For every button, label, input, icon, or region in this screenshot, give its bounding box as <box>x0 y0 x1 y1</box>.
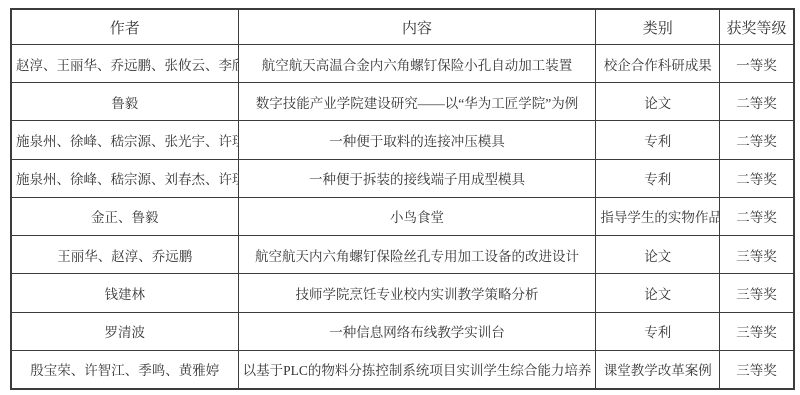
awards-table: 作者 内容 类别 获奖等级 赵淳、王丽华、乔远鹏、张攸云、李欣 航空航天高温合金… <box>10 8 795 390</box>
table-row: 钱建林 技师学院烹饪专业校内实训教学策略分析 论文 三等奖 <box>11 274 794 312</box>
cell-category: 校企合作科研成果 <box>596 45 720 83</box>
table-row: 赵淳、王丽华、乔远鹏、张攸云、李欣 航空航天高温合金内六角螺钉保险小孔自动加工装… <box>11 45 794 83</box>
cell-content: 以基于PLC的物料分拣控制系统项目实训学生综合能力培养 <box>238 350 596 389</box>
cell-award: 一等奖 <box>720 45 794 83</box>
cell-content: 航空航天内六角螺钉保险丝孔专用加工设备的改进设计 <box>238 236 596 274</box>
cell-award: 二等奖 <box>720 159 794 197</box>
table-header-row: 作者 内容 类别 获奖等级 <box>11 9 794 45</box>
cell-category: 论文 <box>596 83 720 121</box>
cell-award: 二等奖 <box>720 83 794 121</box>
cell-content: 数字技能产业学院建设研究——以“华为工匠学院”为例 <box>238 83 596 121</box>
cell-author: 施泉州、徐峰、嵇宗源、刘春杰、许琪 <box>11 159 238 197</box>
cell-author: 施泉州、徐峰、嵇宗源、张光宇、许琪 <box>11 121 238 159</box>
cell-content: 一种便于取料的连接冲压模具 <box>238 121 596 159</box>
cell-category: 论文 <box>596 236 720 274</box>
cell-award: 三等奖 <box>720 236 794 274</box>
document-page: 作者 内容 类别 获奖等级 赵淳、王丽华、乔远鹏、张攸云、李欣 航空航天高温合金… <box>0 0 800 395</box>
table-row: 施泉州、徐峰、嵇宗源、张光宇、许琪 一种便于取料的连接冲压模具 专利 二等奖 <box>11 121 794 159</box>
cell-content: 小鸟食堂 <box>238 197 596 235</box>
cell-category: 论文 <box>596 274 720 312</box>
cell-content: 航空航天高温合金内六角螺钉保险小孔自动加工装置 <box>238 45 596 83</box>
header-content: 内容 <box>238 9 596 45</box>
cell-author: 金正、鲁毅 <box>11 197 238 235</box>
cell-category: 专利 <box>596 159 720 197</box>
cell-author: 钱建林 <box>11 274 238 312</box>
table-row: 金正、鲁毅 小鸟食堂 指导学生的实物作品 二等奖 <box>11 197 794 235</box>
cell-award: 三等奖 <box>720 274 794 312</box>
table-row: 殷宝荣、许智江、季鸣、黄雅婷 以基于PLC的物料分拣控制系统项目实训学生综合能力… <box>11 350 794 389</box>
table-row: 罗清波 一种信息网络布线教学实训台 专利 三等奖 <box>11 312 794 350</box>
cell-category: 课堂教学改革案例 <box>596 350 720 389</box>
cell-award: 二等奖 <box>720 121 794 159</box>
cell-award: 二等奖 <box>720 197 794 235</box>
cell-content: 技师学院烹饪专业校内实训教学策略分析 <box>238 274 596 312</box>
cell-category: 专利 <box>596 312 720 350</box>
cell-author: 鲁毅 <box>11 83 238 121</box>
cell-author: 王丽华、赵淳、乔远鹏 <box>11 236 238 274</box>
header-award: 获奖等级 <box>720 9 794 45</box>
cell-author: 赵淳、王丽华、乔远鹏、张攸云、李欣 <box>11 45 238 83</box>
cell-content: 一种信息网络布线教学实训台 <box>238 312 596 350</box>
cell-category: 专利 <box>596 121 720 159</box>
cell-award: 三等奖 <box>720 350 794 389</box>
cell-author: 殷宝荣、许智江、季鸣、黄雅婷 <box>11 350 238 389</box>
table-row: 王丽华、赵淳、乔远鹏 航空航天内六角螺钉保险丝孔专用加工设备的改进设计 论文 三… <box>11 236 794 274</box>
cell-category: 指导学生的实物作品 <box>596 197 720 235</box>
cell-award: 三等奖 <box>720 312 794 350</box>
table-row: 鲁毅 数字技能产业学院建设研究——以“华为工匠学院”为例 论文 二等奖 <box>11 83 794 121</box>
header-author: 作者 <box>11 9 238 45</box>
header-category: 类别 <box>596 9 720 45</box>
cell-author: 罗清波 <box>11 312 238 350</box>
table-row: 施泉州、徐峰、嵇宗源、刘春杰、许琪 一种便于拆装的接线端子用成型模具 专利 二等… <box>11 159 794 197</box>
cell-content: 一种便于拆装的接线端子用成型模具 <box>238 159 596 197</box>
